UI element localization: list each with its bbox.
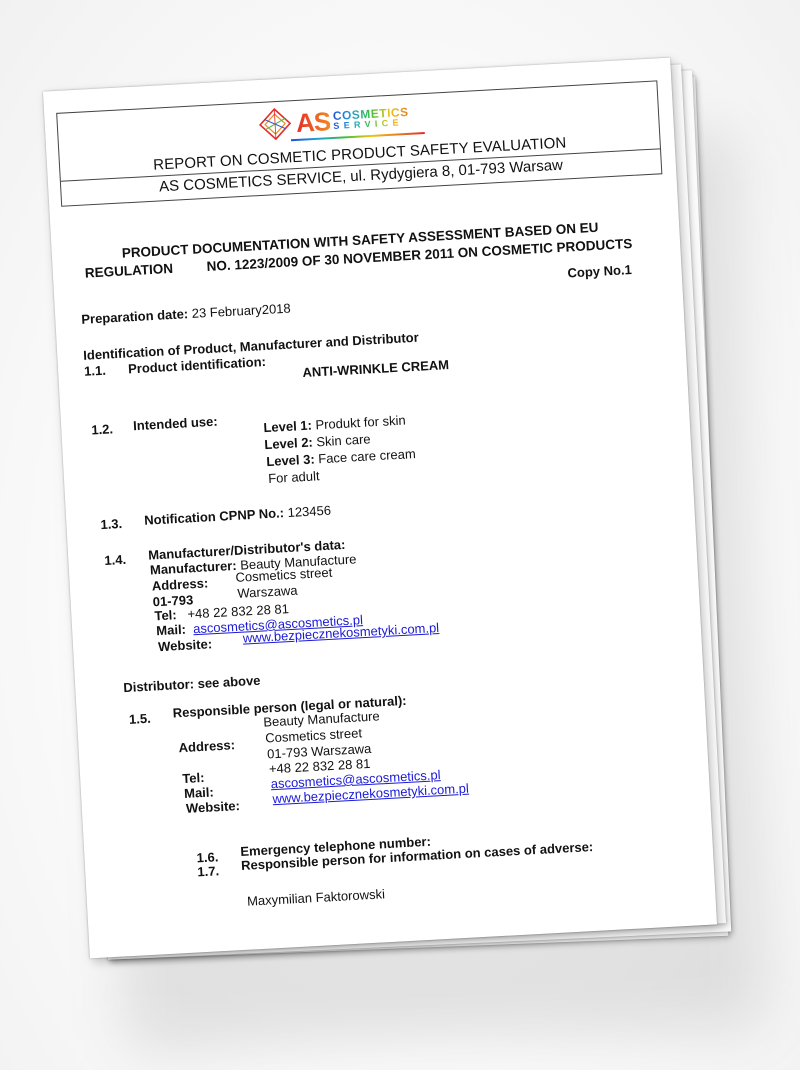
document-page: AS COSMETICS SERVICE REPORT ON COSMETIC … — [43, 58, 717, 959]
section-number: 1.2. — [91, 421, 113, 437]
section-number: 1.3. — [100, 516, 122, 532]
preparation-date: Preparation date: 23 February2018 — [81, 301, 291, 327]
responsible-person-adverse: Maxymilian Faktorowski — [247, 886, 386, 908]
address-label: Address: — [178, 737, 235, 755]
cpnp-number: Notification CPNP No.: 123456 — [144, 503, 331, 528]
doc-title-regulation: REGULATION — [84, 261, 173, 281]
section-number: 1.4. — [104, 552, 126, 568]
report-header: AS COSMETICS SERVICE REPORT ON COSMETIC … — [56, 80, 662, 206]
copy-number: Copy No.1 — [567, 262, 632, 280]
intended-use-extra: For adult — [268, 468, 320, 486]
mail-label: Mail: — [184, 784, 214, 801]
section-number: 1.5. — [129, 711, 151, 727]
intended-use-label: Intended use: — [133, 414, 218, 434]
diamond-logo-icon — [257, 106, 293, 142]
section-number: 1.7. — [197, 863, 219, 879]
website-label: Website: — [186, 798, 241, 816]
distributor-note: Distributor: see above — [123, 673, 261, 695]
city: Warszawa — [237, 583, 298, 601]
website-label: Website: — [158, 636, 213, 654]
section-number: 1.1. — [84, 363, 106, 379]
logo-as: AS — [295, 106, 331, 139]
product-name: ANTI-WRINKLE CREAM — [302, 357, 449, 380]
address-label: Address: — [151, 575, 208, 593]
intended-use-level-1: Level 1: Produkt for skin — [263, 412, 406, 435]
tel-label: Tel: — [182, 770, 205, 786]
